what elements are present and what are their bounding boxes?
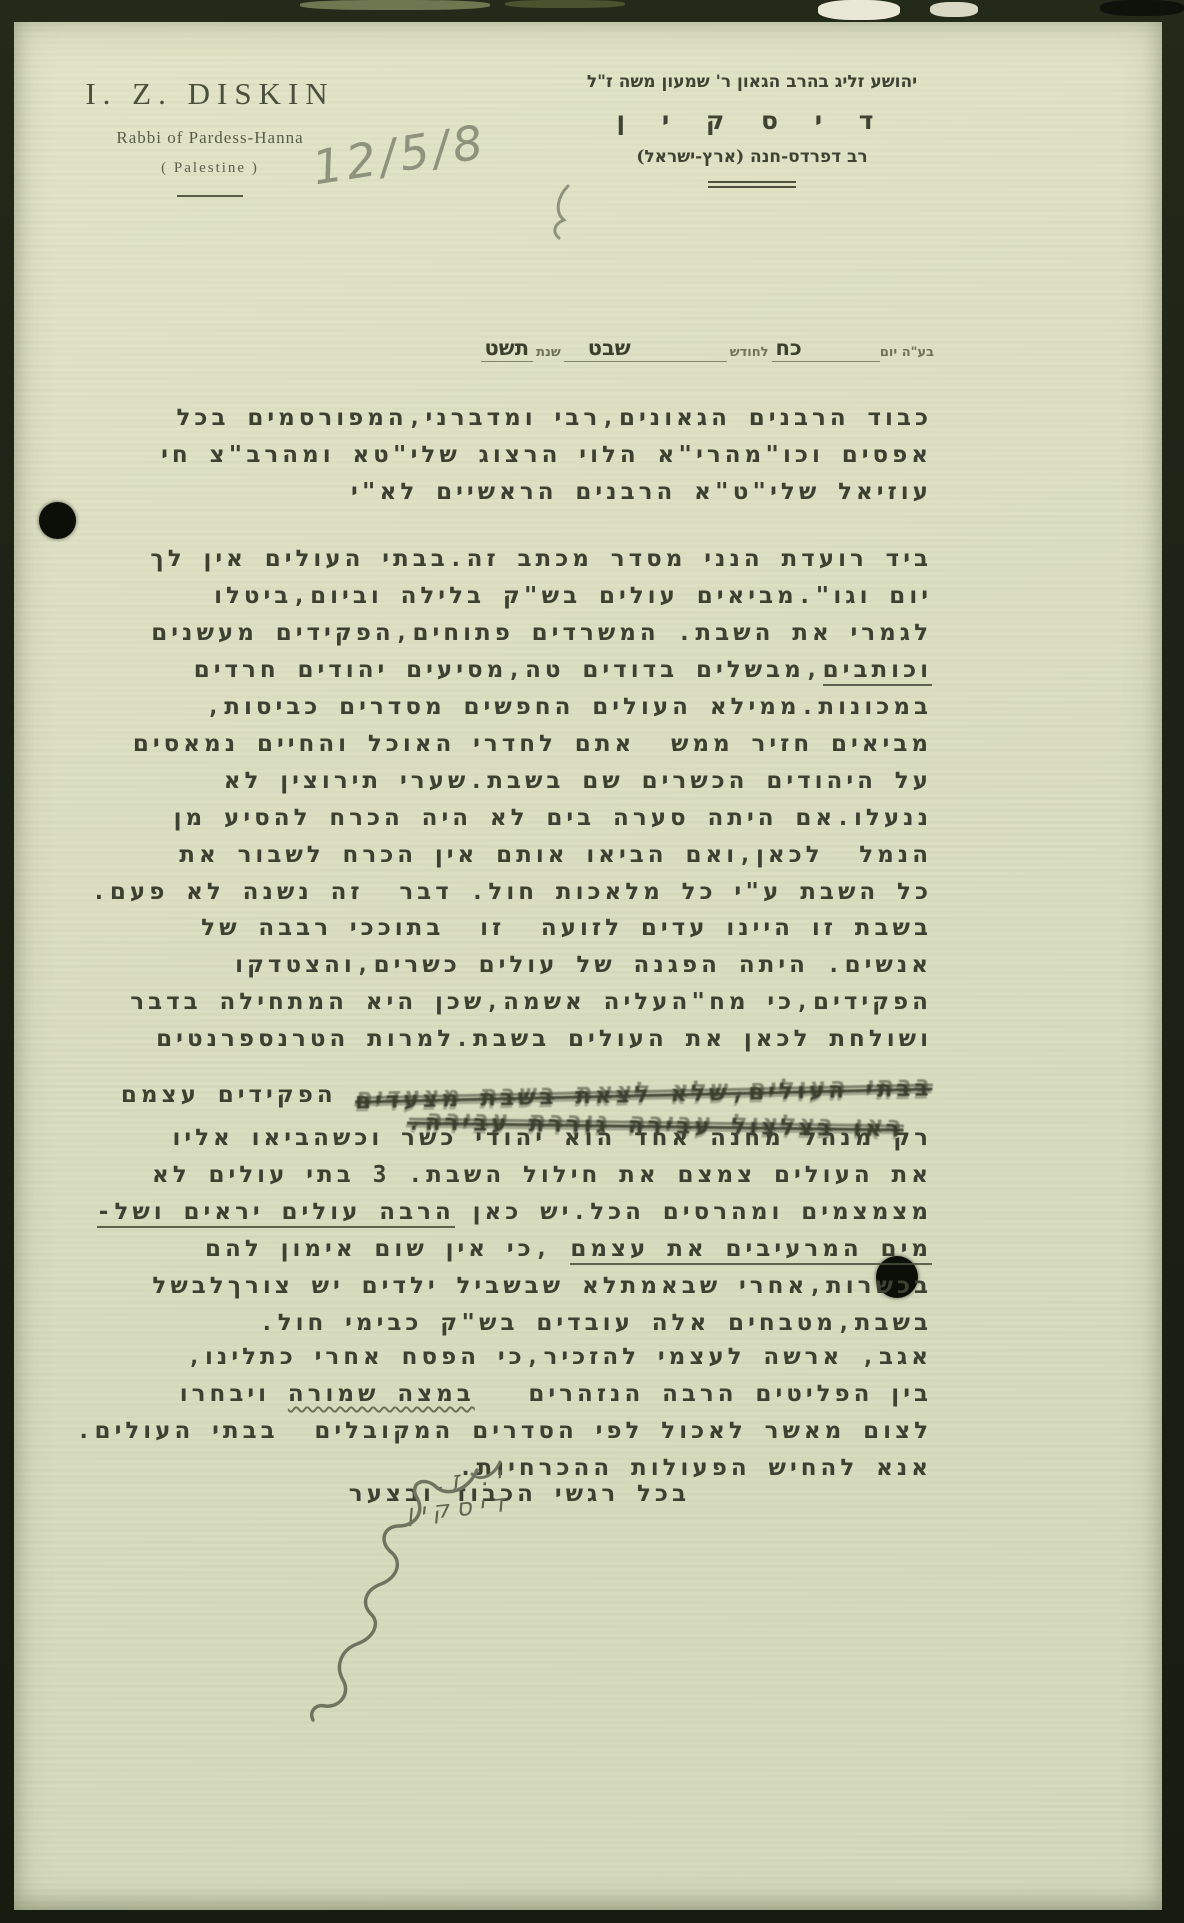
body-text-segment: כל השבת ע"י כל מלאכות חול. דבר זה נשנה ל…: [92, 879, 932, 905]
scan-artifact: [930, 2, 978, 17]
body-line: ביד רועדת הנני מסדר מכתב זה.בבתי העולים …: [52, 541, 932, 578]
dateline-blank: [635, 343, 727, 362]
dateline-year-label: שנת: [533, 345, 564, 362]
underlined-text: וכותבים: [823, 657, 932, 686]
body-line: אגב, ארשה לעצמי להזכיר,כי הפסח אחרי כתלי…: [52, 1339, 932, 1376]
scan-artifact: [818, 0, 900, 20]
body-line: לגמרי את השבת. המשרדים פתוחים,הפקידים מע…: [52, 615, 932, 652]
body-text-segment: מביאים חזיר ממש אתם לחדרי האוכל והחיים נ…: [133, 731, 932, 757]
body-text-segment: אפסים וכו"מהרי"א הלוי הרצוג שלי"טא ומהרב…: [161, 442, 932, 468]
letterhead-name-en: I. Z. DISKIN: [80, 76, 340, 112]
body-line: הפקידים,כי מח"העליה אשמה,שכן היא המתחילה…: [52, 984, 932, 1021]
body-text-segment: כבוד הרבנים הגאונים,רבי ומדברני,המפורסמי…: [177, 405, 932, 431]
body-text-segment: יום וגו".מביאים עולים בש"ק בלילה וביום,ב…: [214, 583, 932, 609]
body-text-segment: ביד רועדת הנני מסדר מכתב זה.בבתי העולים …: [150, 546, 932, 572]
body-text-segment: ויבחרו: [180, 1381, 288, 1407]
letterhead-name-he: ד י ס ק י ן: [548, 106, 956, 135]
scan-artifact: [300, 0, 490, 10]
letterhead-title-he: רב דפרדס-חנה (ארץ-ישראל): [548, 147, 956, 167]
body-text-segment: הפקידים,כי מח"העליה אשמה,שכן היא המתחילה…: [130, 989, 932, 1015]
body-text-segment: ,כי אין שום אימון להם: [205, 1236, 570, 1262]
body-text-segment: מצמצמים ומהרסים הכל.יש כאן: [455, 1199, 932, 1225]
body-line: וכותבים,מבשלים בדודים טה,מסיעים יהודים ח…: [52, 652, 932, 689]
body-line: את העולים צמצם את חילול השבת. 3 בתי עולי…: [52, 1157, 932, 1194]
body-line: מצמצמים ומהרסים הכל.יש כאן הרבה עולים יר…: [52, 1194, 932, 1231]
paragraph-protest: בשבת זו היינו עדים לזועה זו בתוככי רבבה …: [52, 910, 932, 1058]
body-text-segment: הנמל לכאן,ואם הביאו אותם אין הכרח לשבור …: [179, 842, 932, 868]
body-text-segment: לגמרי את השבת. המשרדים פתוחים,הפקידים מע…: [151, 620, 932, 646]
body-line: על היהודים הכשרים שם בשבת.שערי תירוצין ל…: [52, 763, 932, 800]
body-text-segment: ננעלו.אם היתה סערה בים לא היה הכרח להסיע…: [174, 805, 932, 831]
body-line: בבתי העולים,שלא לצאת בשבת מצעדים הפקידים…: [52, 1080, 932, 1111]
body-line: כבוד הרבנים הגאונים,רבי ומדברני,המפורסמי…: [52, 400, 932, 437]
dateline-year: תשט: [481, 336, 534, 362]
body-text-segment: ,מבשלים בדודים טה,מסיעים יהודים חרדים: [194, 657, 823, 683]
scan-artifact: [505, 0, 625, 8]
body-line: עוזיאל שלי"ט"א הרבנים הראשיים לא"י: [52, 474, 932, 511]
signature-flourish: [252, 1452, 562, 1732]
body-text-segment: ושולחת לכאן את העולים בשבת.למרות הטרנספר…: [156, 1026, 932, 1052]
dateline: בע"ה יום כח לחודש שבט שנת תשט: [481, 336, 934, 362]
body-line: יום וגו".מביאים עולים בש"ק בלילה וביום,ב…: [52, 578, 932, 615]
body-text-segment: במכונות.ממילא העולים החפשים מסדרים כביסו…: [206, 694, 932, 720]
body-line: אפסים וכו"מהרי"א הלוי הרצוג שלי"טא ומהרב…: [52, 437, 932, 474]
scanned-letter-page: I. Z. DISKIN Rabbi of Pardess-Hanna ( Pa…: [0, 0, 1184, 1923]
paragraph-camps: רק מנהל מחנה אחד הוא יהודי כשר וכשהביאו …: [52, 1120, 932, 1342]
body-text-segment: עוזיאל שלי"ט"א הרבנים הראשיים לא"י: [351, 479, 932, 505]
body-text-segment: בשבת זו היינו עדים לזועה זו בתוככי רבבה …: [201, 915, 932, 941]
body-text-segment: בשבת,מטבחים אלה עובדים בש"ק כבימי חול.: [260, 1310, 932, 1336]
dateline-day: כח: [772, 336, 806, 362]
body-line: רק מנהל מחנה אחד הוא יהודי כשר וכשהביאו …: [52, 1120, 932, 1157]
body-line: לצום מאשר לאכול לפי הסדרים המקובלים בבתי…: [52, 1413, 932, 1450]
scan-artifact: [1100, 0, 1184, 16]
letterhead-hebrew: יהושע זליג בהרב הגאון ר' שמעון משה ז"ל ד…: [548, 72, 956, 188]
body-text-segment: לצום מאשר לאכול לפי הסדרים המקובלים בבתי…: [77, 1418, 932, 1444]
dateline-month: שבט: [584, 336, 635, 362]
body-line: ושולחת לכאן את העולים בשבת.למרות הטרנספר…: [52, 1021, 932, 1058]
letterhead-title-en: Rabbi of Pardess-Hanna: [80, 128, 340, 148]
body-line: בכשרות,אחרי שבאמתלא שבשביל ילדים יש צורך…: [52, 1268, 932, 1305]
body-line: הנמל לכאן,ואם הביאו אותם אין הכרח לשבור …: [52, 837, 932, 874]
underlined-text: במצה שמורה: [288, 1381, 475, 1407]
body-line: כל השבת ע"י כל מלאכות חול. דבר זה נשנה ל…: [52, 874, 932, 911]
letterhead-english: I. Z. DISKIN Rabbi of Pardess-Hanna ( Pa…: [80, 76, 340, 197]
body-text-segment: אנשים. היתה הפגנה של עולים כשרים,והצטדקו: [235, 952, 932, 978]
body-line: מביאים חזיר ממש אתם לחדרי האוכל והחיים נ…: [52, 726, 932, 763]
paragraph-salutation: כבוד הרבנים הגאונים,רבי ומדברני,המפורסמי…: [52, 400, 932, 511]
body-line: בין הפליטים הרבה הנזהרים במצה שמורה ויבח…: [52, 1376, 932, 1413]
body-line: בשבת זו היינו עדים לזועה זו בתוככי רבבה …: [52, 910, 932, 947]
body-text-segment: אגב, ארשה לעצמי להזכיר,כי הפסח אחרי כתלי…: [187, 1344, 932, 1370]
body-text-segment: בין הפליטים הרבה הנזהרים: [475, 1381, 932, 1407]
dateline-prefix: בע"ה יום: [880, 345, 934, 362]
letterhead-rule: [177, 195, 243, 197]
letterhead-double-rule: [708, 181, 796, 188]
paragraph-shabbat-desecration: ביד רועדת הנני מסדר מכתב זה.בבתי העולים …: [52, 541, 932, 911]
body-line: מים המרעיבים את עצמם ,כי אין שום אימון ל…: [52, 1231, 932, 1268]
dateline-blank: [806, 343, 880, 362]
body-text-segment: רק מנהל מחנה אחד הוא יהודי כשר וכשהביאו …: [172, 1125, 932, 1151]
body-line: ננעלו.אם היתה סערה בים לא היה הכרח להסיע…: [52, 800, 932, 837]
body-text-segment: את העולים צמצם את חילול השבת. 3 בתי עולי…: [152, 1162, 932, 1188]
underlined-text: הרבה עולים יראים ושל-: [97, 1199, 455, 1228]
pencil-mark: [548, 182, 582, 240]
body-line: בשבת,מטבחים אלה עובדים בש"ק כבימי חול.: [52, 1305, 932, 1342]
letterhead-lineage-he: יהושע זליג בהרב הגאון ר' שמעון משה ז"ל: [548, 72, 956, 92]
letterhead-location-en: ( Palestine ): [80, 160, 340, 177]
dateline-of-month: לחודש: [727, 345, 772, 362]
body-text-segment: בכשרות,אחרי שבאמתלא שבשביל ילדים יש צורך…: [152, 1273, 932, 1299]
body-text-segment: על היהודים הכשרים שם בשבת.שערי תירוצין ל…: [224, 768, 932, 794]
body-line: במכונות.ממילא העולים החפשים מסדרים כביסו…: [52, 689, 932, 726]
body-line: אנשים. היתה הפגנה של עולים כשרים,והצטדקו: [52, 947, 932, 984]
underlined-text: מים המרעיבים את עצמם: [570, 1236, 932, 1265]
dateline-blank: [564, 343, 584, 362]
body-text-segment: הפקידים עצמם: [121, 1082, 355, 1108]
